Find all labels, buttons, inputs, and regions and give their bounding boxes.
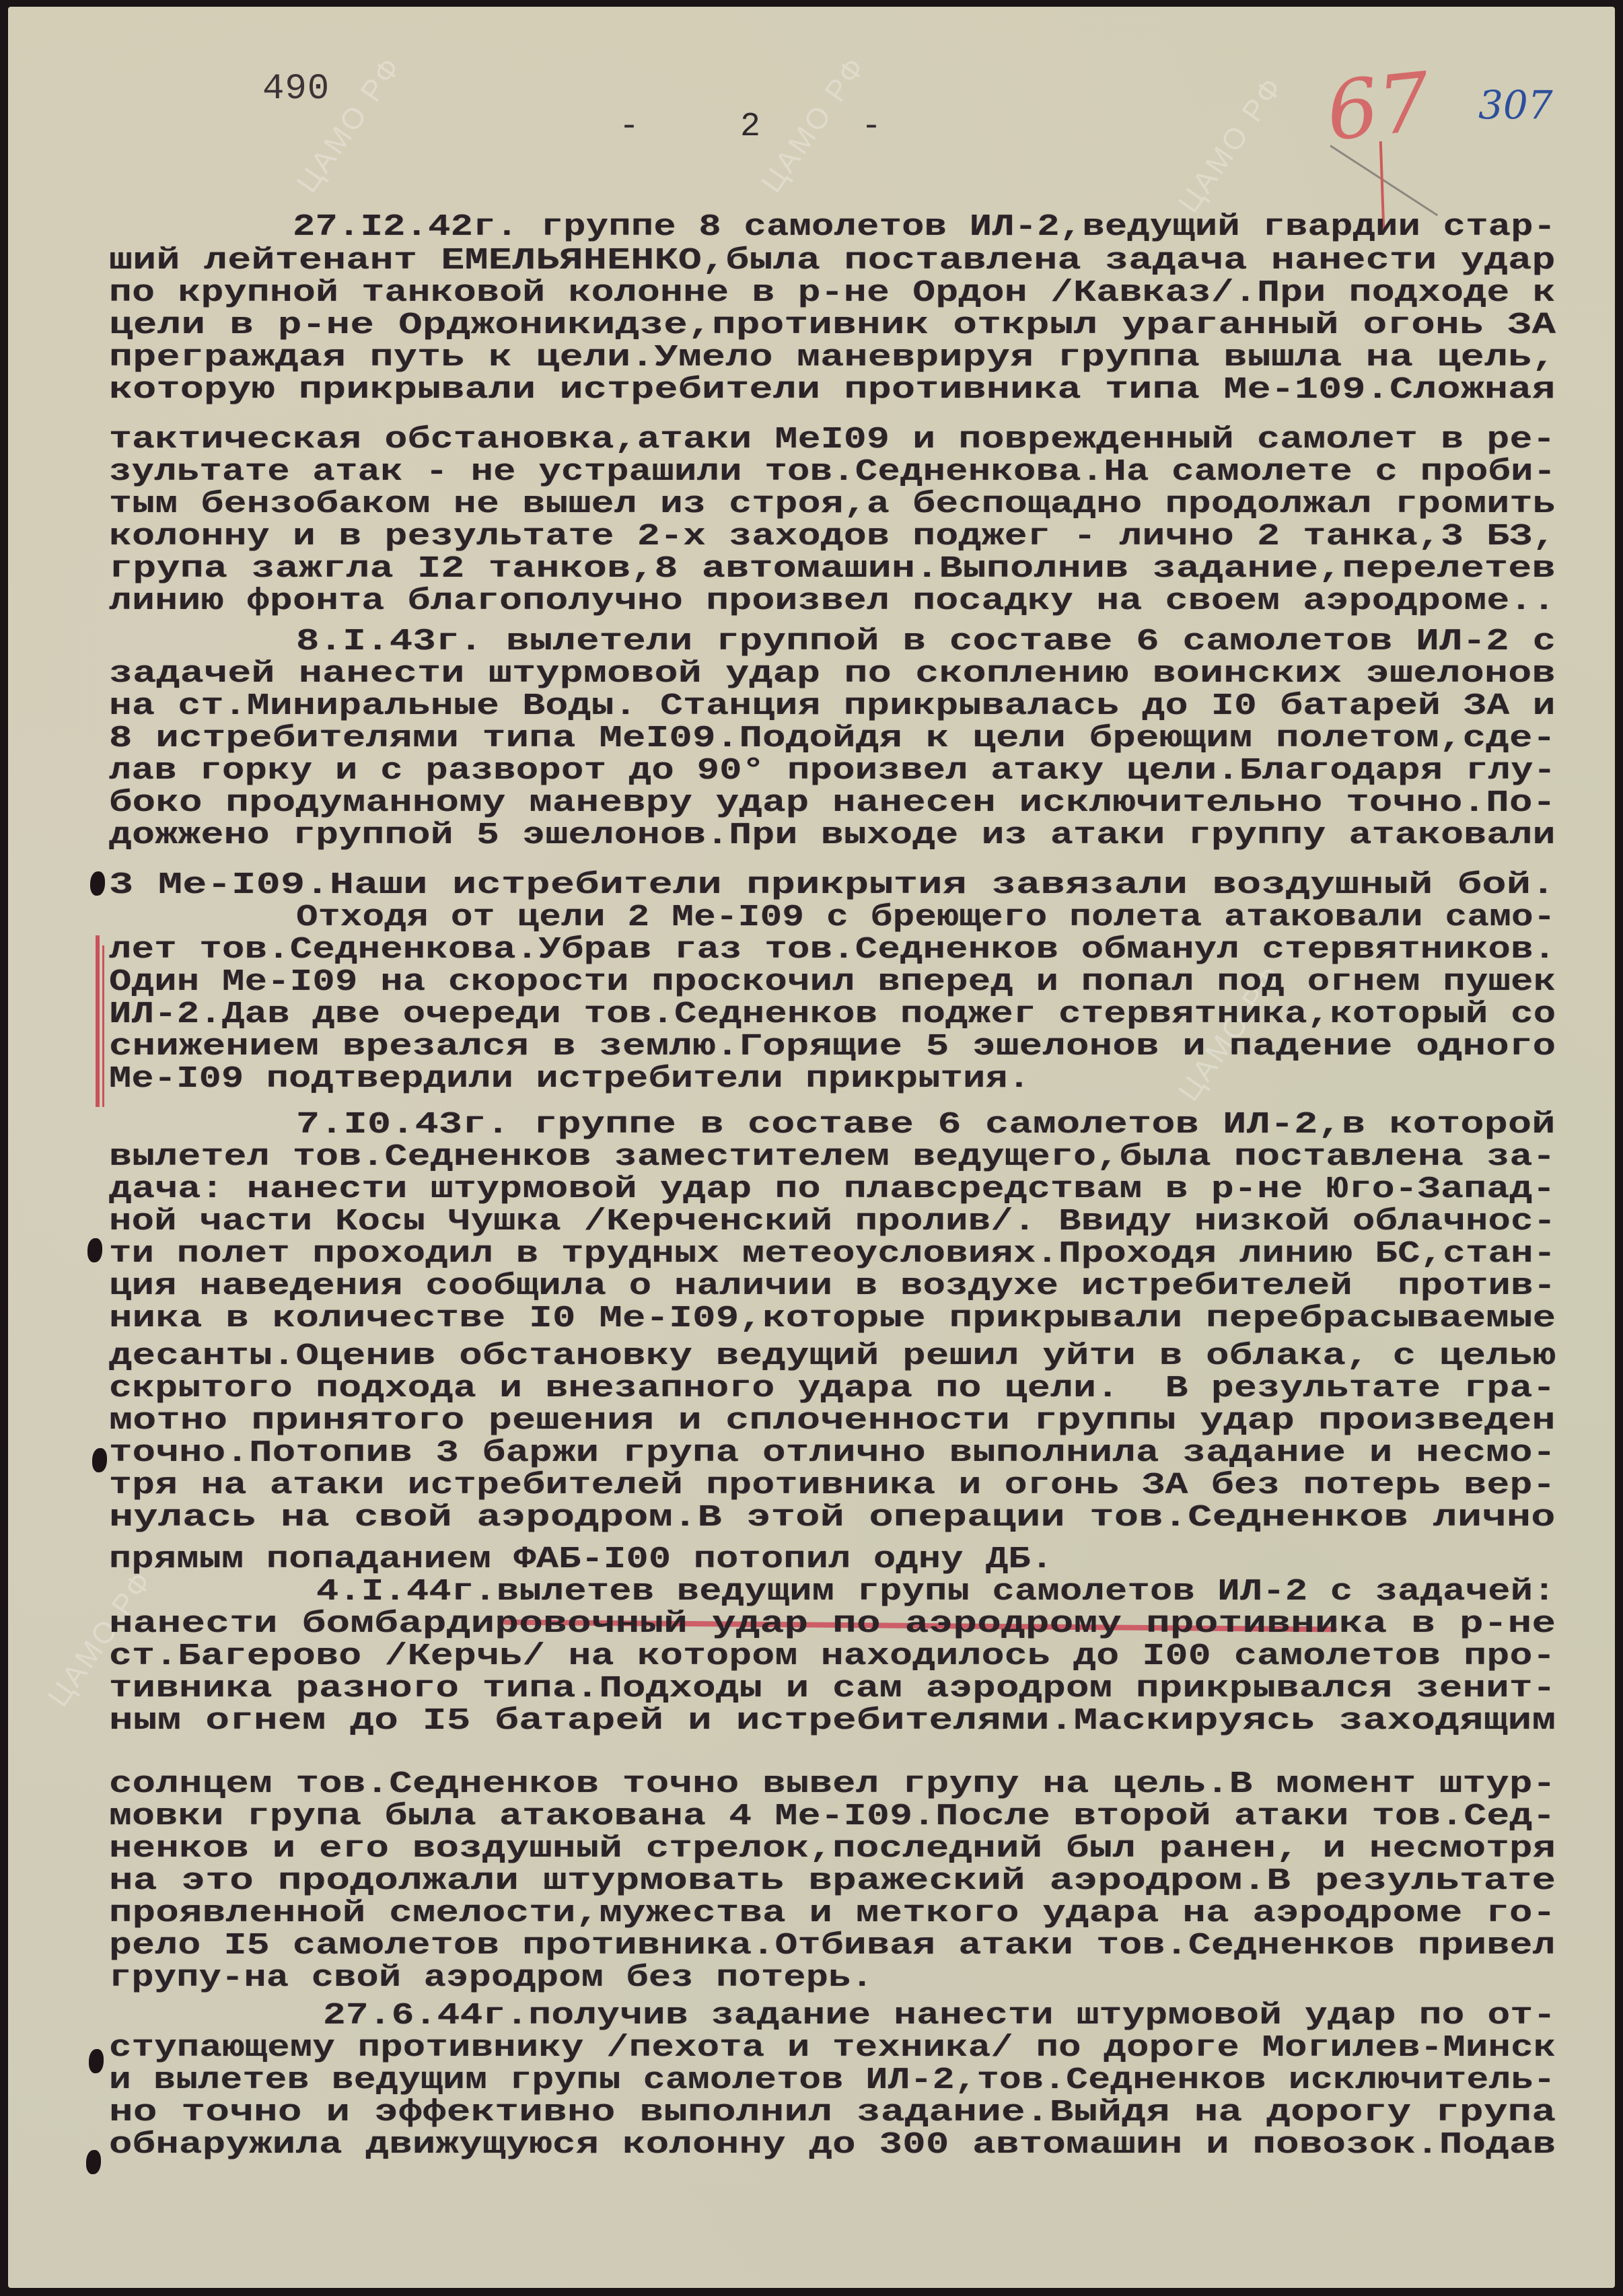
text-line: но точно и эффективно выполнил задание.В…: [109, 2095, 1556, 2129]
text-line: 27.6.44г.получив задание нанести штурмов…: [323, 1999, 1556, 2032]
text-line: мотно принятого решения и сплоченности г…: [109, 1404, 1556, 1437]
text-line: точно.Потопив 3 баржи група отлично выпо…: [109, 1436, 1556, 1470]
text-line: лав горку и с разворот до 90° произвел а…: [109, 754, 1556, 787]
text-line: задачей нанести штурмовой удар по скопле…: [109, 657, 1556, 690]
text-line: 8 истребителями типа МеI09.Подойдя к цел…: [109, 721, 1556, 755]
text-line: 27.I2.42г. группе 8 самолетов ИЛ-2,ведущ…: [293, 210, 1556, 244]
text-line: дача: нанести штурмовой удар по плавсред…: [109, 1172, 1556, 1206]
text-line: група зажгла I2 танков,8 автомашин.Выпол…: [109, 552, 1556, 585]
text-line: 4.I.44г.вылетев ведущим групы самолетов …: [316, 1575, 1556, 1608]
text-line: обнаружила движущуюся колонну до 300 авт…: [109, 2128, 1556, 2161]
text-line: ИЛ-2.Дав две очереди тов.Седненков подже…: [109, 997, 1556, 1031]
text-line: снижением врезался в землю.Горящие 5 эше…: [109, 1030, 1556, 1063]
text-line: линию фронта благополучно произвел посад…: [109, 584, 1556, 618]
text-line: десанты.Оценив обстановку ведущий решил …: [109, 1339, 1556, 1373]
text-line: тря на атаки истребителей противника и о…: [109, 1468, 1556, 1502]
text-line: ти полет проходил в трудных метеоусловия…: [109, 1237, 1556, 1270]
text-line: лет тов.Седненкова.Убрав газ тов.Седненк…: [109, 933, 1556, 966]
text-line: скрытого подхода и внезапного удара по ц…: [109, 1371, 1556, 1405]
text-line: ший лейтенант ЕМЕЛЬЯНЕНКО,была поставлен…: [109, 244, 1556, 277]
text-line: 3 Ме-I09.Наши истребители прикрытия завя…: [109, 868, 1556, 902]
text-line: солнцем тов.Седненков точно вывел групу …: [109, 1767, 1556, 1801]
text-line: зультате атак - не устрашили тов.Седненк…: [109, 455, 1556, 489]
text-line: нулась на свой аэродром.В этой операции …: [109, 1501, 1556, 1534]
text-line: ным огнем до I5 батарей и истребителями.…: [109, 1704, 1556, 1737]
text-line: на это продолжали штурмовать вражеский а…: [109, 1864, 1556, 1898]
text-line: рело I5 самолетов противника.Отбивая ата…: [109, 1929, 1556, 1962]
text-line: Один Ме-I09 на скорости проскочил вперед…: [109, 965, 1556, 999]
text-line: цели в р-не Орджоникидзе,противник откры…: [109, 308, 1556, 342]
text-line: преграждая путь к цели.Умело маневрируя …: [109, 340, 1556, 374]
text-line: Ме-I09 подтвердили истребители прикрытия…: [109, 1062, 1030, 1096]
text-line: вылетел тов.Седненков заместителем ведущ…: [109, 1140, 1556, 1174]
text-line: ника в количестве I0 Ме-I09,которые прик…: [109, 1301, 1556, 1335]
text-line: которую прикрывали истребители противник…: [109, 373, 1556, 406]
text-line: Отходя от цели 2 Ме-I09 с бреющего полет…: [296, 900, 1556, 934]
text-line: групу-на свой аэродром без потерь.: [109, 1961, 873, 1995]
text-line: мовки група была атакована 4 Ме-I09.Посл…: [109, 1799, 1556, 1833]
text-line: 8.I.43г. вылетели группой в составе 6 са…: [296, 624, 1556, 658]
text-line: ция наведения сообщила о наличии в возду…: [109, 1269, 1556, 1303]
text-line: ступающему противнику /пехота и техника/…: [109, 2031, 1556, 2065]
document-page: ЦАМО РФ ЦАМО РФ ЦАМО РФ ЦАМО РФ ЦАМО РФ …: [8, 7, 1615, 2288]
typed-body-text: 27.I2.42г. группе 8 самолетов ИЛ-2,ведущ…: [8, 7, 1615, 2288]
text-line: боко продуманному маневру удар нанесен и…: [109, 786, 1556, 820]
text-line: тивника разного типа.Подходы и сам аэрод…: [109, 1672, 1556, 1705]
text-line: и вылетев ведущим групы самолетов ИЛ-2,т…: [109, 2063, 1556, 2097]
text-line: проявленной смелости,мужества и меткого …: [109, 1896, 1556, 1930]
text-line: 7.I0.43г. группе в составе 6 самолетов И…: [296, 1108, 1556, 1141]
text-line: нанести бомбардировочный удар по аэродро…: [109, 1607, 1556, 1641]
text-line: колонну и в результате 2-х заходов подже…: [109, 519, 1556, 553]
text-line: ст.Багерово /Керчь/ на котором находилос…: [109, 1639, 1556, 1673]
text-line: ной части Косы Чушка /Керченский пролив/…: [109, 1205, 1556, 1238]
text-line: дожжено группой 5 эшелонов.При выходе из…: [109, 818, 1556, 852]
text-line: ненков и его воздушный стрелок,последний…: [109, 1832, 1556, 1865]
text-line: тым бензобаком не вышел из строя,а беспо…: [109, 487, 1556, 521]
text-line: прямым попаданием ФАБ-I00 потопил одну Д…: [109, 1542, 1053, 1576]
text-line: по крупной танковой колонне в р-не Ордон…: [109, 276, 1556, 310]
text-line: тактическая обстановка,атаки МеI09 и пов…: [109, 423, 1556, 456]
text-line: на ст.Миниральные Воды. Станция прикрыва…: [109, 689, 1556, 723]
